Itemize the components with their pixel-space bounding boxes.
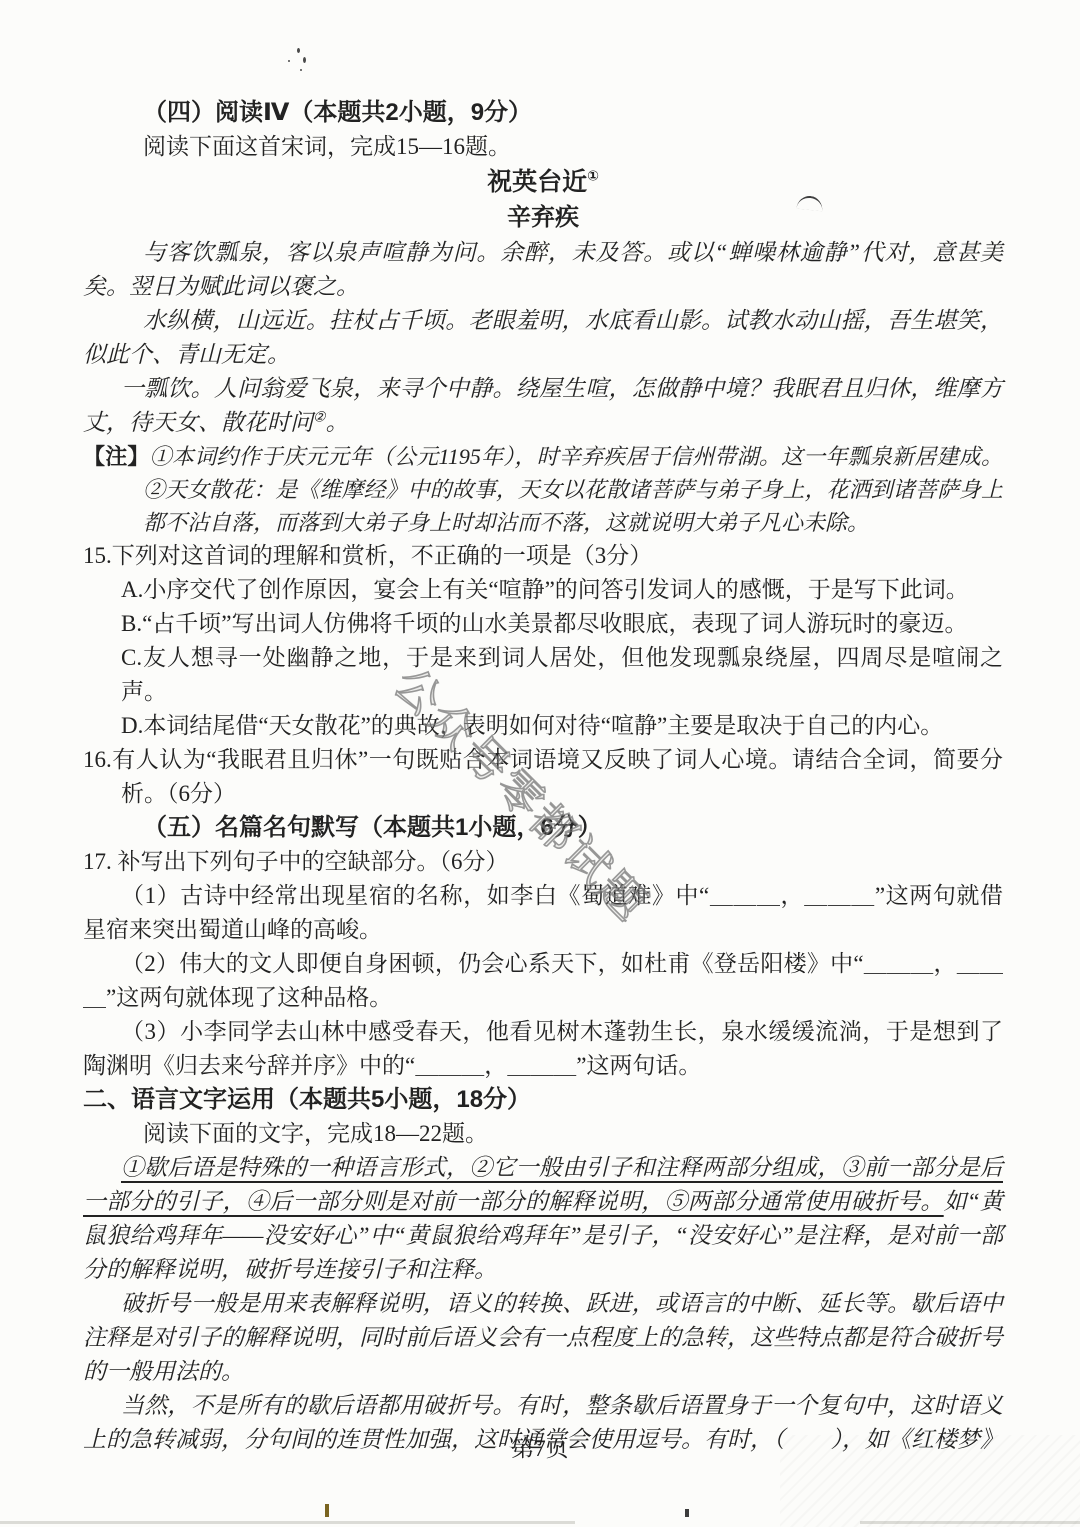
q15-option-a: A.小序交代了创作原因，宴会上有关“喧静”的问答引发词人的感慨，于是写下此词。 [83,573,1003,607]
note-text: ①本词约作于庆元元年（公元1195年），时辛弃疾居于信州带湖。这一年瓢泉新居建成… [143,444,1003,535]
page-content: （四）阅读Ⅳ（本题共2小题，9分） 阅读下面这首宋词，完成15—16题。 祝英台… [83,96,1003,1457]
section5-heading: （五）名篇名句默写（本题共1小题，6分） [83,811,1003,845]
section2-heading: 二、语言文字运用（本题共5小题，18分） [83,1083,1003,1117]
q17-item-1: （1）古诗中经常出现星宿的名称，如李白《蜀道难》中“＿＿＿，＿＿＿”这两句就借星… [83,879,1003,947]
section4-intro: 阅读下面这首宋词，完成15—16题。 [83,130,1003,164]
q17-item-3: （3）小李同学去山林中感受春天，他看见树木蓬勃生长，泉水缓缓流淌，于是想到了陶渊… [83,1015,1003,1083]
q17-stem: 17. 补写出下列句子中的空缺部分。（6分） [83,845,1003,879]
poem-stanza-2-text: 一瓢饮。人问翁爱飞泉，来寻个中静。绕屋生喧，怎做静中境？我眠君且归休，维摩方丈，… [83,376,1003,435]
scan-speck [288,60,290,62]
q15-stem: 15.下列对这首词的理解和赏析，不正确的一项是（3分） [83,539,1003,573]
q15-option-c: C.友人想寻一处幽静之地，于是来到词人居处，但他发现瓢泉绕屋，四周尽是喧闹之声。 [83,641,1003,709]
poem-preface: 与客饮瓢泉，客以泉声喧静为问。余醉，未及答。或以“蝉噪林逾静”代对，意甚美矣。翌… [83,236,1003,304]
page-number: 第7页 [0,1430,1080,1463]
section4-heading: （四）阅读Ⅳ（本题共2小题，9分） [83,96,1003,130]
scan-speck [325,1504,329,1517]
scan-speck [685,1509,689,1517]
q15-option-b: B.“占千顷”写出词人仿佛将千顷的山水美景都尽收眼底，表现了词人游玩时的豪迈。 [83,607,1003,641]
poem-title-text: 祝英台近 [487,168,587,196]
poem-title: 祝英台近① [83,164,1003,200]
passage-paragraph-1: ①歇后语是特殊的一种语言形式，②它一般由引子和注释两部分组成，③前一部分是后一部… [83,1151,1003,1287]
poem-stanza-2: 一瓢饮。人问翁爱飞泉，来寻个中静。绕屋生喧，怎做静中境？我眠君且归休，维摩方丈，… [83,372,1003,440]
scan-bottom-edge [0,1521,575,1524]
passage-underlined-sentences: ①歇后语是特殊的一种语言形式，②它一般由引子和注释两部分组成，③前一部分是后一部… [83,1155,1003,1214]
scan-speck [303,57,306,63]
poem-stanza-1: 水纵横，山远近。拄杖占千顷。老眼羞明，水底看山影。试教水动山摇，吾生堪笑，似此个… [83,304,1003,372]
note-label: 【注】 [83,444,150,469]
poem-stanza-2-footnote-mark: ② [313,410,326,425]
exam-page: 公众号零都试题 （四）阅读Ⅳ（本题共2小题，9分） 阅读下面这首宋词，完成15—… [0,0,1080,1527]
scan-speck [297,48,300,53]
q17-item-2: （2）伟大的文人即便自身困顿，仍会心系天下，如杜甫《登岳阳楼》中“＿＿＿，＿＿＿… [83,947,1003,1015]
poem-author: 辛弃疾 [83,200,1003,236]
q15-option-d: D.本词结尾借“天女散花”的典故，表明如何对待“喧静”主要是取决于自己的内心。 [83,709,1003,743]
poem-title-footnote-mark: ① [587,168,599,184]
section2-intro: 阅读下面的文字，完成18—22题。 [83,1117,1003,1151]
note-block: 【注】①本词约作于庆元元年（公元1195年），时辛弃疾居于信州带湖。这一年瓢泉新… [83,440,1003,539]
poem-stanza-2-period: 。 [326,410,349,435]
scan-speck [300,69,302,71]
q16-text: 16.有人认为“我眠君且归休”一句既贴合本词语境又反映了词人心境。请结合全词，简… [83,743,1003,811]
passage-paragraph-2: 破折号一般是用来表解释说明，语义的转换、跃进，或语言的中断、延长等。歇后语中注释… [83,1287,1003,1389]
